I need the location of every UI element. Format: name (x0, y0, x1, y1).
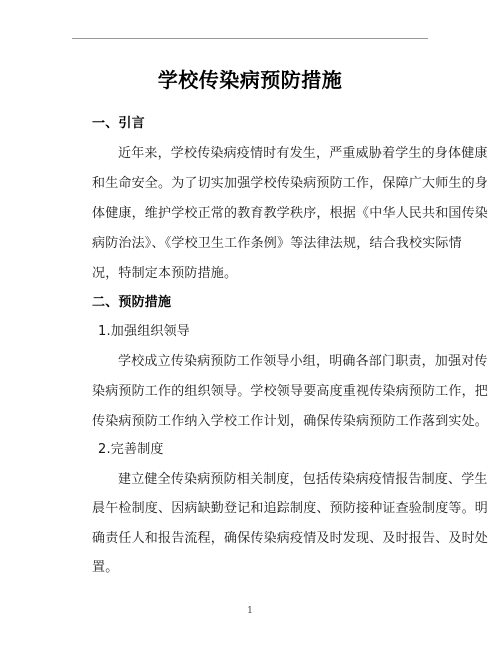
paragraph-line: 和生命安全。为了切实加强学校传染病预防工作，保障广大师生的身 (92, 172, 422, 191)
paragraph-line: 况，特制定本预防措施。 (92, 262, 422, 281)
paragraph-line: 确责任人和报告流程，确保传染病疫情及时发现、及时报告、及时处 (92, 527, 422, 546)
header-rule (72, 38, 428, 39)
paragraph-line: 传染病预防工作纳入学校工作计划，确保传染病预防工作落到实处。 (92, 410, 422, 429)
paragraph-line: 染病预防工作的组织领导。学校领导要高度重视传染病预防工作，把 (92, 380, 422, 399)
paragraph-line: 体健康，维护学校正常的教育教学秩序，根据《中华人民共和国传染 (92, 202, 422, 221)
subsection-heading-organization: 1.加强组织领导 (98, 320, 428, 339)
document-title: 学校传染病预防措施 (0, 64, 500, 93)
paragraph-line: 病防治法》、《学校卫生工作条例》等法律法规，结合我校实际情 (92, 232, 422, 251)
subsection-heading-system: 2.完善制度 (98, 438, 428, 457)
page-number: 1 (0, 606, 500, 616)
paragraph-line: 晨午检制度、因病缺勤登记和追踪制度、预防接种证查验制度等。明 (92, 497, 422, 516)
paragraph-line: 学校成立传染病预防工作领导小组，明确各部门职责，加强对传 (118, 350, 448, 369)
paragraph-line: 近年来，学校传染病疫情时有发生，严重威胁着学生的身体健康 (118, 142, 448, 161)
section-heading-intro: 一、引言 (92, 112, 422, 131)
paragraph-line: 建立健全传染病预防相关制度，包括传染病疫情报告制度、学生 (118, 468, 448, 487)
paragraph-line: 置。 (92, 556, 422, 575)
section-heading-measures: 二、预防措施 (92, 291, 422, 310)
